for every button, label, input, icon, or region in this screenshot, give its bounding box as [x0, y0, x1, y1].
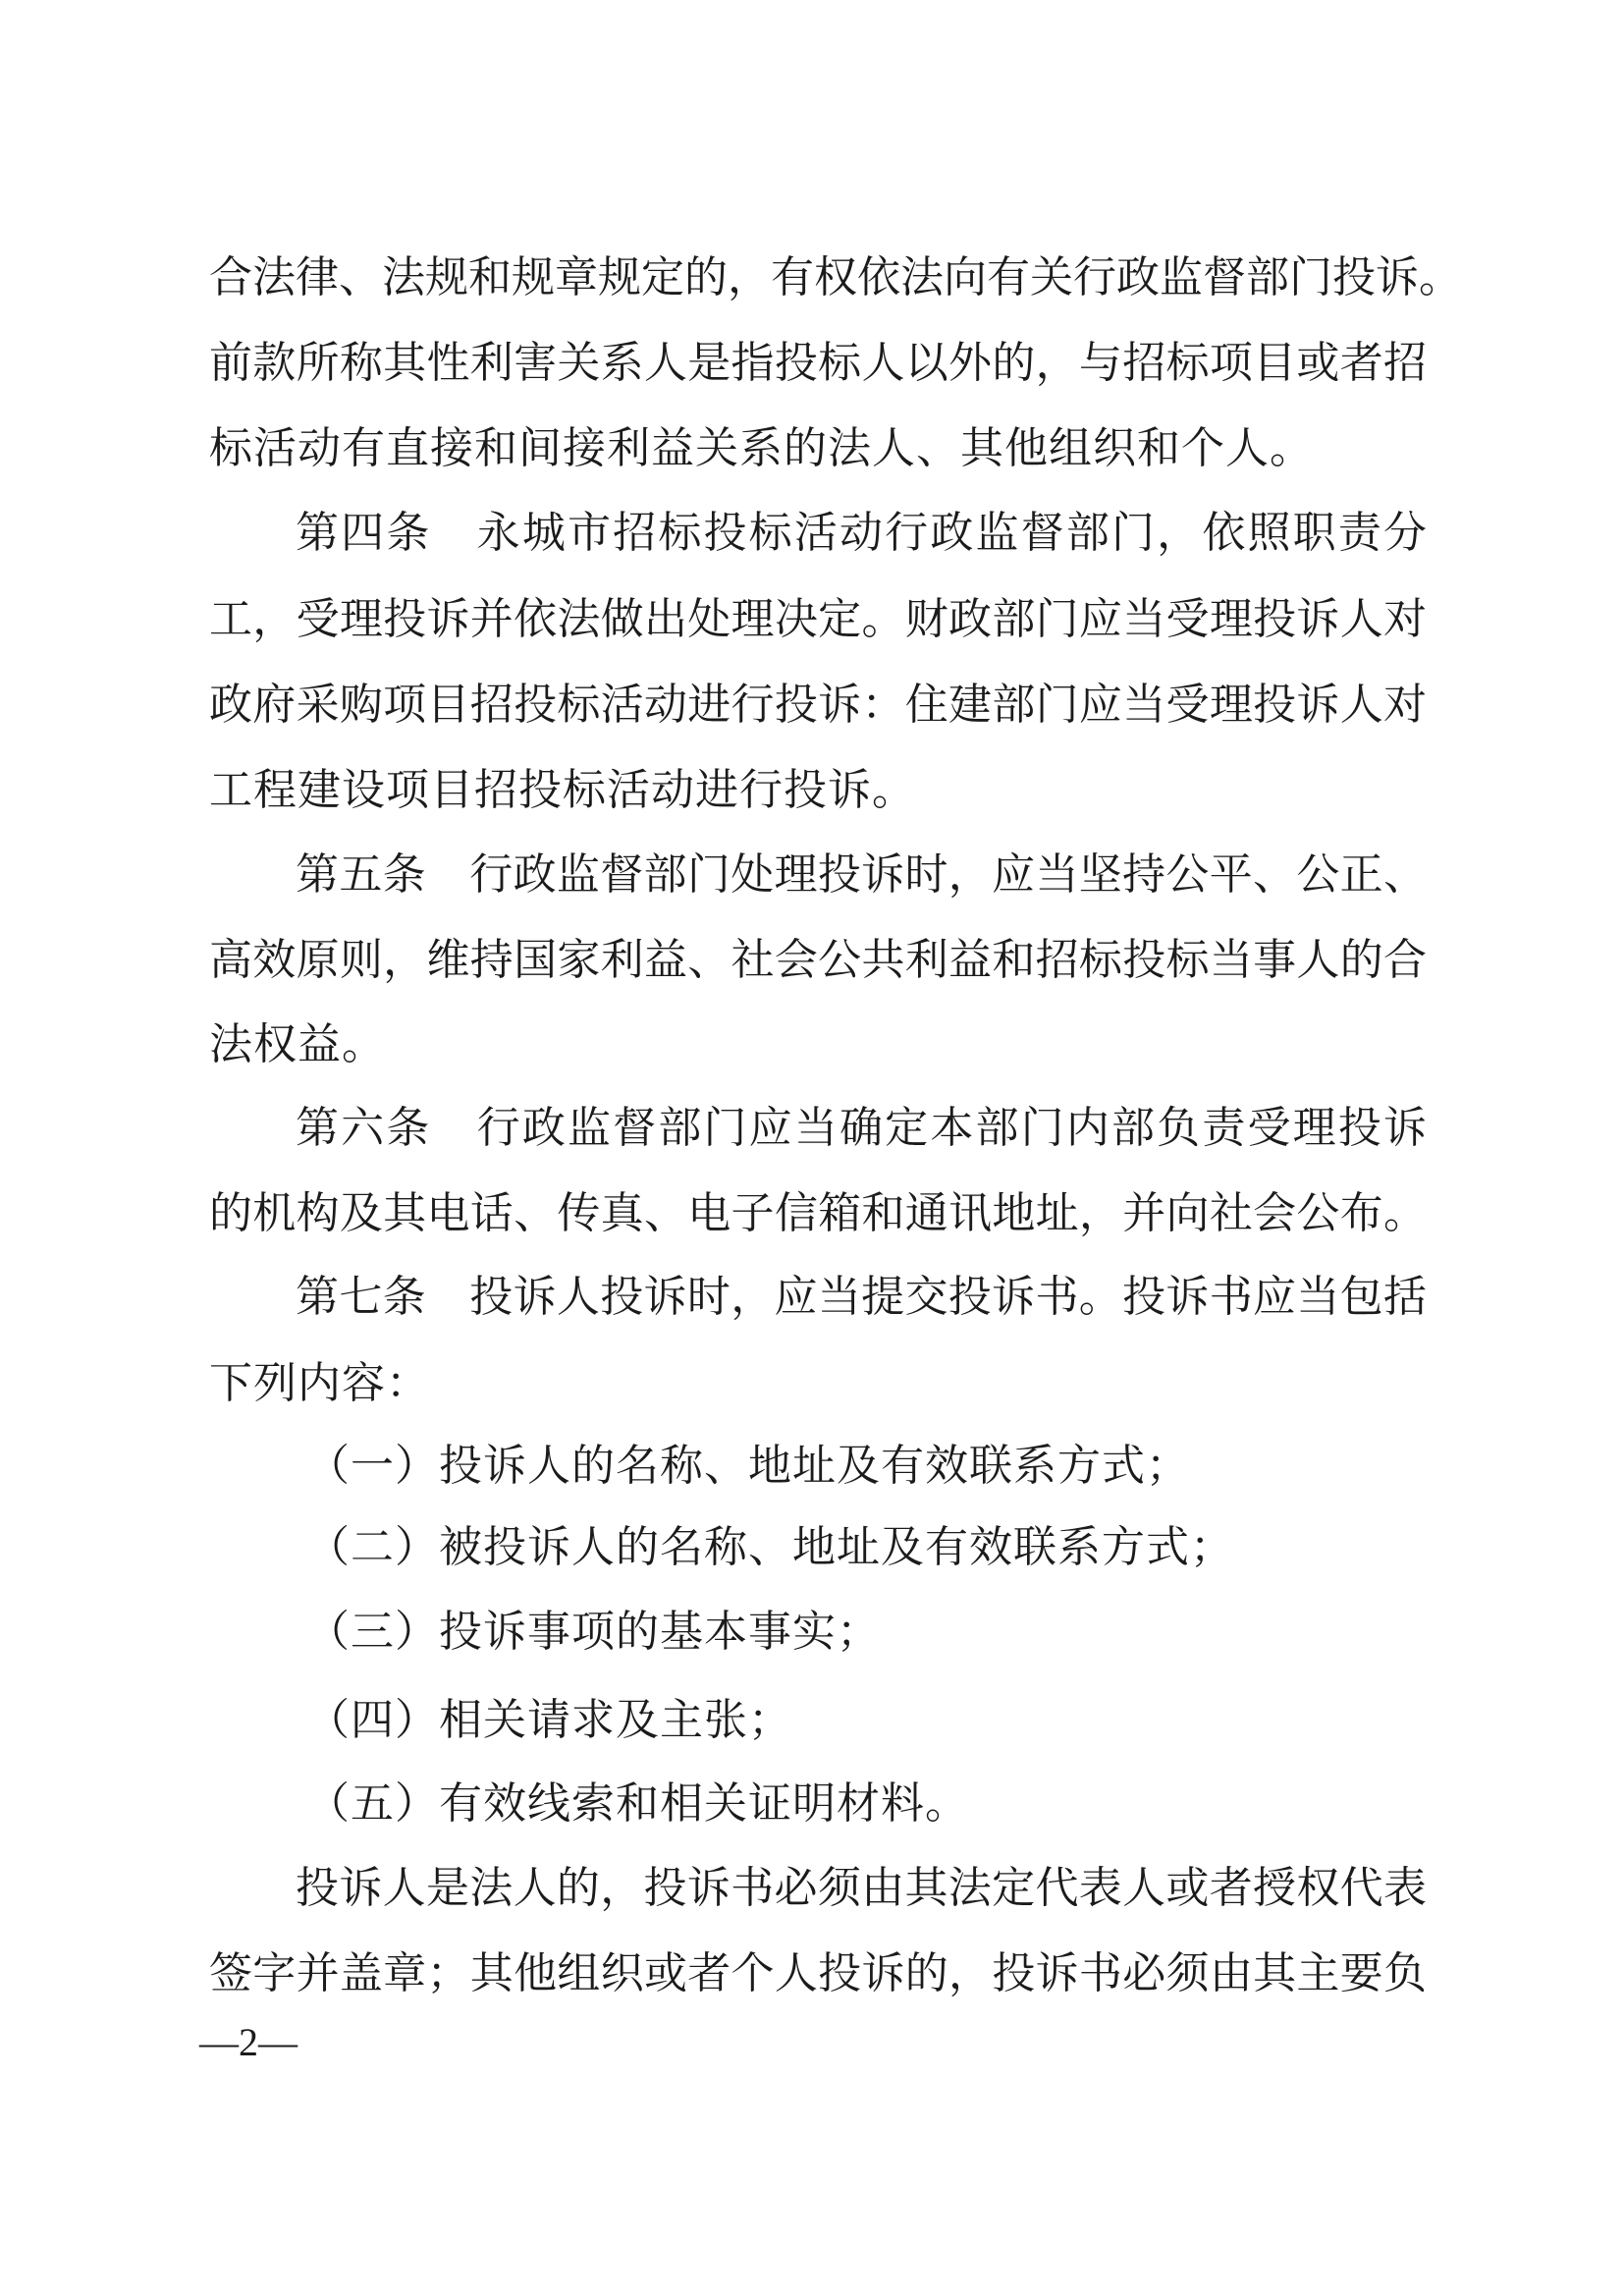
paragraph-line: 政府采购项目招投标活动进行投诉：住建部门应当受理投诉人对 [209, 676, 1427, 735]
paragraph-line: 前款所称其性利害关系人是指投标人以外的，与招标项目或者招 [209, 334, 1427, 393]
list-item: （三）投诉事项的基本事实； [306, 1603, 1426, 1662]
paragraph-line: 工，受理投诉并依法做出处理决定。财政部门应当受理投诉人对 [209, 590, 1427, 649]
document-page: 合法律、法规和规章规定的，有权依法向有关行政监督部门投诉。 前款所称其性利害关系… [0, 0, 1624, 2296]
page-number: —2— [199, 2021, 298, 2064]
list-item: （一）投诉人的名称、地址及有效联系方式； [306, 1437, 1426, 1496]
article-4-heading-line: 第四条 永城市招标投标活动行政监督部门，依照职责分 [296, 504, 1427, 563]
paragraph-line: 高效原则，维持国家利益、社会公共利益和招标投标当事人的合 [209, 931, 1427, 990]
paragraph-line: 投诉人是法人的，投诉书必须由其法定代表人或者授权代表 [296, 1859, 1427, 1918]
paragraph-line: 下列内容： [209, 1354, 1427, 1413]
article-7-heading-line: 第七条 投诉人投诉时，应当提交投诉书。投诉书应当包括 [296, 1268, 1427, 1327]
paragraph-line: 合法律、法规和规章规定的，有权依法向有关行政监督部门投诉。 [209, 248, 1427, 307]
article-6-heading-line: 第六条 行政监督部门应当确定本部门内部负责受理投诉 [296, 1099, 1427, 1158]
paragraph-line: 法权益。 [209, 1015, 1427, 1074]
paragraph-line: 工程建设项目招投标活动进行投诉。 [209, 761, 1427, 820]
list-item: （二）被投诉人的名称、地址及有效联系方式； [306, 1518, 1426, 1577]
article-5-heading-line: 第五条 行政监督部门处理投诉时，应当坚持公平、公正、 [296, 846, 1427, 904]
paragraph-line: 的机构及其电话、传真、电子信箱和通讯地址，并向社会公布。 [209, 1184, 1427, 1243]
list-item: （四）相关请求及主张； [306, 1691, 1426, 1750]
paragraph-line: 标活动有直接和间接利益关系的法人、其他组织和个人。 [209, 419, 1427, 478]
list-item: （五）有效线索和相关证明材料。 [306, 1775, 1426, 1833]
paragraph-line: 签字并盖章；其他组织或者个人投诉的，投诉书必须由其主要负 [209, 1944, 1427, 2003]
